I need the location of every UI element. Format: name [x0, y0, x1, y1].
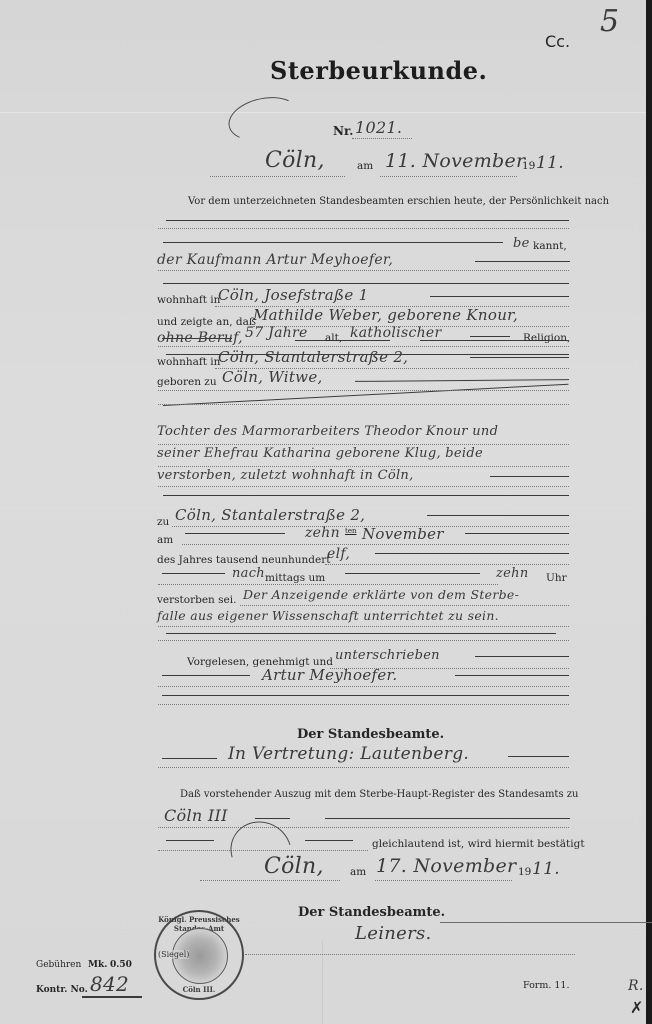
form-number: Form. 11. — [523, 980, 570, 991]
deceased-birthplace: Cöln, Witwe, — [222, 368, 323, 386]
read-approved-value: unterschrieben — [335, 648, 440, 663]
certification-am-label: am — [350, 866, 366, 878]
announce-label: und zeigte an, daß — [157, 316, 256, 328]
deceased-religion: katholischer — [350, 325, 441, 341]
paper-fold — [0, 112, 646, 113]
fees-value: 0.50 — [110, 960, 132, 970]
note-line-2: falle aus eigener Wissenschaft unterrich… — [157, 608, 499, 623]
intro-line: Vor dem unterzeichneten Standesbeamten e… — [188, 196, 609, 207]
death-day-label: am — [157, 534, 173, 546]
deceased-residence-label: wohnhaft in — [157, 356, 220, 368]
time-label: mittags um — [265, 572, 325, 584]
certification-place: Cöln, — [264, 854, 324, 879]
time-suffix: Uhr — [546, 572, 567, 584]
parents-line-3: verstorben, zuletzt wohnhaft in Cöln, — [157, 468, 414, 483]
certification-date: 17. November — [376, 855, 516, 877]
certification-year-prefix: 19 — [518, 866, 531, 878]
certification-year-suffix: 11. — [532, 859, 560, 879]
number-label: Nr. — [333, 124, 353, 138]
death-day: zehn — [305, 525, 340, 541]
year-prefix: 19 — [522, 160, 535, 172]
registrar-heading-2: Der Standesbeamte. — [298, 905, 445, 920]
registry-office: Cöln III — [164, 806, 228, 825]
parents-line-2: seiner Ehefrau Katharina geborene Klug, … — [157, 446, 483, 461]
paper-fold-vertical — [322, 940, 323, 1024]
am-label: am — [357, 160, 373, 172]
death-time: zehn — [496, 566, 529, 581]
death-place: Cöln, Stantalerstraße 2, — [175, 506, 365, 524]
fees-label: Gebühren — [36, 960, 81, 970]
informant-name: der Kaufmann Artur Meyhoefer, — [157, 252, 393, 268]
certification-line-1: Daß vorstehender Auszug mit dem Sterbe-H… — [180, 789, 578, 800]
death-day-suffix: ten — [345, 527, 356, 535]
registrar-heading-1: Der Standesbeamte. — [297, 727, 444, 742]
deceased-residence: Cöln, Stantalerstraße 2, — [218, 348, 408, 366]
control-number: 842 — [90, 972, 129, 996]
death-year: elf, — [327, 546, 350, 562]
informant-residence: Cöln, Josefstraße 1 — [218, 286, 368, 304]
place-of-registration: Cöln, — [265, 148, 325, 173]
fees-unit: Mk. — [88, 960, 107, 970]
religion-label: Religion, — [523, 332, 570, 344]
certificate-number: 1021. — [355, 118, 402, 137]
age-label: alt, — [325, 332, 342, 344]
parents-line-1: Tochter des Marmorarbeiters Theodor Knou… — [157, 424, 498, 439]
page-number: 5 — [600, 4, 619, 39]
time-prefix: nach — [232, 566, 265, 581]
died-label: verstorben sei. — [157, 594, 236, 606]
document-title: Sterbeurkunde. — [270, 56, 487, 85]
known-prefix: be — [513, 236, 530, 251]
death-month: November — [362, 525, 444, 543]
certification-line-2: gleichlautend ist, wird hiermit bestätig… — [372, 838, 585, 850]
registration-date: 11. November — [385, 150, 525, 172]
informant-residence-label: wohnhaft in — [157, 294, 220, 306]
corner-code: Cc. — [545, 32, 570, 51]
informant-signature: Artur Meyhoefer. — [262, 666, 397, 684]
cross-mark-icon: ✗ — [630, 998, 643, 1017]
registrar-signature-2: Leiners. — [355, 923, 432, 944]
seal-label: (Siegel) — [158, 950, 189, 959]
death-year-label: des Jahres tausend neunhundert — [157, 554, 330, 566]
official-seal: Königl. Preussisches Standes-Amt (Siegel… — [154, 910, 244, 1000]
seal-text-bottom: Cöln III. — [156, 985, 242, 994]
born-label: geboren zu — [157, 376, 217, 388]
deceased-name: Mathilde Weber, geborene Knour, — [253, 306, 518, 324]
year-suffix: 11. — [536, 153, 564, 173]
known-suffix: kannt, — [533, 240, 567, 252]
scan-edge — [646, 0, 652, 1024]
registrar-signature-1: In Vertretung: Lautenberg. — [228, 744, 469, 764]
corner-initial: R. — [628, 978, 644, 994]
note-line-1: Der Anzeigende erklärte von dem Sterbe- — [243, 587, 519, 602]
deceased-age: 57 Jahre — [245, 325, 308, 341]
control-label: Kontr. No. — [36, 985, 88, 995]
death-place-label: zu — [157, 516, 169, 528]
